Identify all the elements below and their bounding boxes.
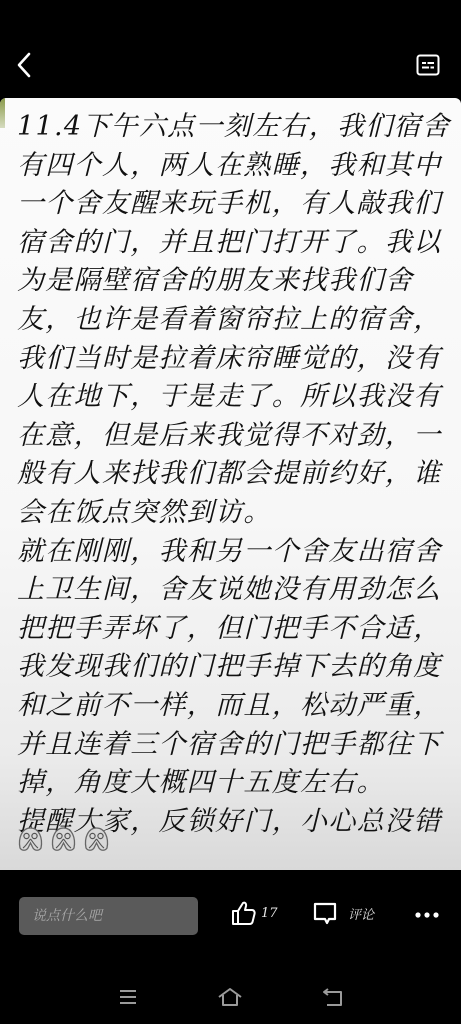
comment-label: 评论	[348, 904, 374, 923]
post-image[interactable]: 11.4下午六点一刻左右，我们宿舍 有四个人，两人在熟睡，我和其中 一个舍友醒来…	[0, 98, 461, 870]
more-options-icon[interactable]	[414, 908, 440, 922]
handwritten-post-text: 11.4下午六点一刻左右，我们宿舍 有四个人，两人在熟睡，我和其中 一个舍友醒来…	[17, 108, 449, 841]
top-bar	[0, 0, 461, 98]
text-line: 掉，角度大概四十五度左右。	[17, 764, 449, 803]
emoji-row	[17, 826, 110, 853]
like-button[interactable]: 17	[231, 900, 278, 926]
text-line: 一个舍友醒来玩手机，有人敲我们	[17, 185, 449, 224]
text-line: 为是隔壁宿舍的朋友来找我们舍	[17, 262, 449, 301]
home-icon[interactable]	[217, 986, 243, 1008]
text-line: 我发现我们的门把手掉下去的角度	[17, 648, 449, 687]
subtitles-icon[interactable]	[416, 54, 440, 76]
comment-bubble-icon	[312, 900, 338, 926]
back-icon[interactable]	[320, 986, 346, 1008]
text-line: 就在刚刚，我和另一个舍友出宿舍	[17, 533, 449, 572]
text-line: 我们当时是拉着床帘睡觉的，没有	[17, 340, 449, 379]
scared-face-emoji-icon	[83, 826, 110, 853]
text-line: 友，也许是看着窗帘拉上的宿舍，	[17, 301, 449, 340]
image-edge	[0, 98, 5, 128]
like-count: 17	[261, 906, 278, 921]
comment-input[interactable]	[19, 897, 198, 935]
text-line: 上卫生间，舍友说她没有用劲怎么	[17, 571, 449, 610]
text-line: 有四个人，两人在熟睡，我和其中	[17, 147, 449, 186]
text-line: 会在饭点突然到访。	[17, 494, 449, 533]
text-line: 11.4下午六点一刻左右，我们宿舍	[17, 108, 449, 147]
system-navigation-bar	[0, 960, 461, 1024]
text-line: 和之前不一样，而且，松动严重，	[17, 687, 449, 726]
text-line: 在意，但是后来我觉得不对劲，一	[17, 417, 449, 456]
text-line: 把把手弄坏了，但门把手不合适，	[17, 610, 449, 649]
action-bar: 17 评论	[0, 870, 461, 960]
thumbs-up-icon	[231, 900, 257, 926]
menu-icon[interactable]	[115, 986, 141, 1008]
scared-face-emoji-icon	[50, 826, 77, 853]
comment-button[interactable]: 评论	[312, 900, 374, 926]
text-line: 宿舍的门，并且把门打开了。我以	[17, 224, 449, 263]
text-line: 般有人来找我们都会提前约好，谁	[17, 455, 449, 494]
text-line: 并且连着三个宿舍的门把手都往下	[17, 726, 449, 765]
back-chevron-icon[interactable]	[12, 50, 38, 80]
scared-face-emoji-icon	[17, 826, 44, 853]
text-line: 人在地下，于是走了。所以我没有	[17, 378, 449, 417]
